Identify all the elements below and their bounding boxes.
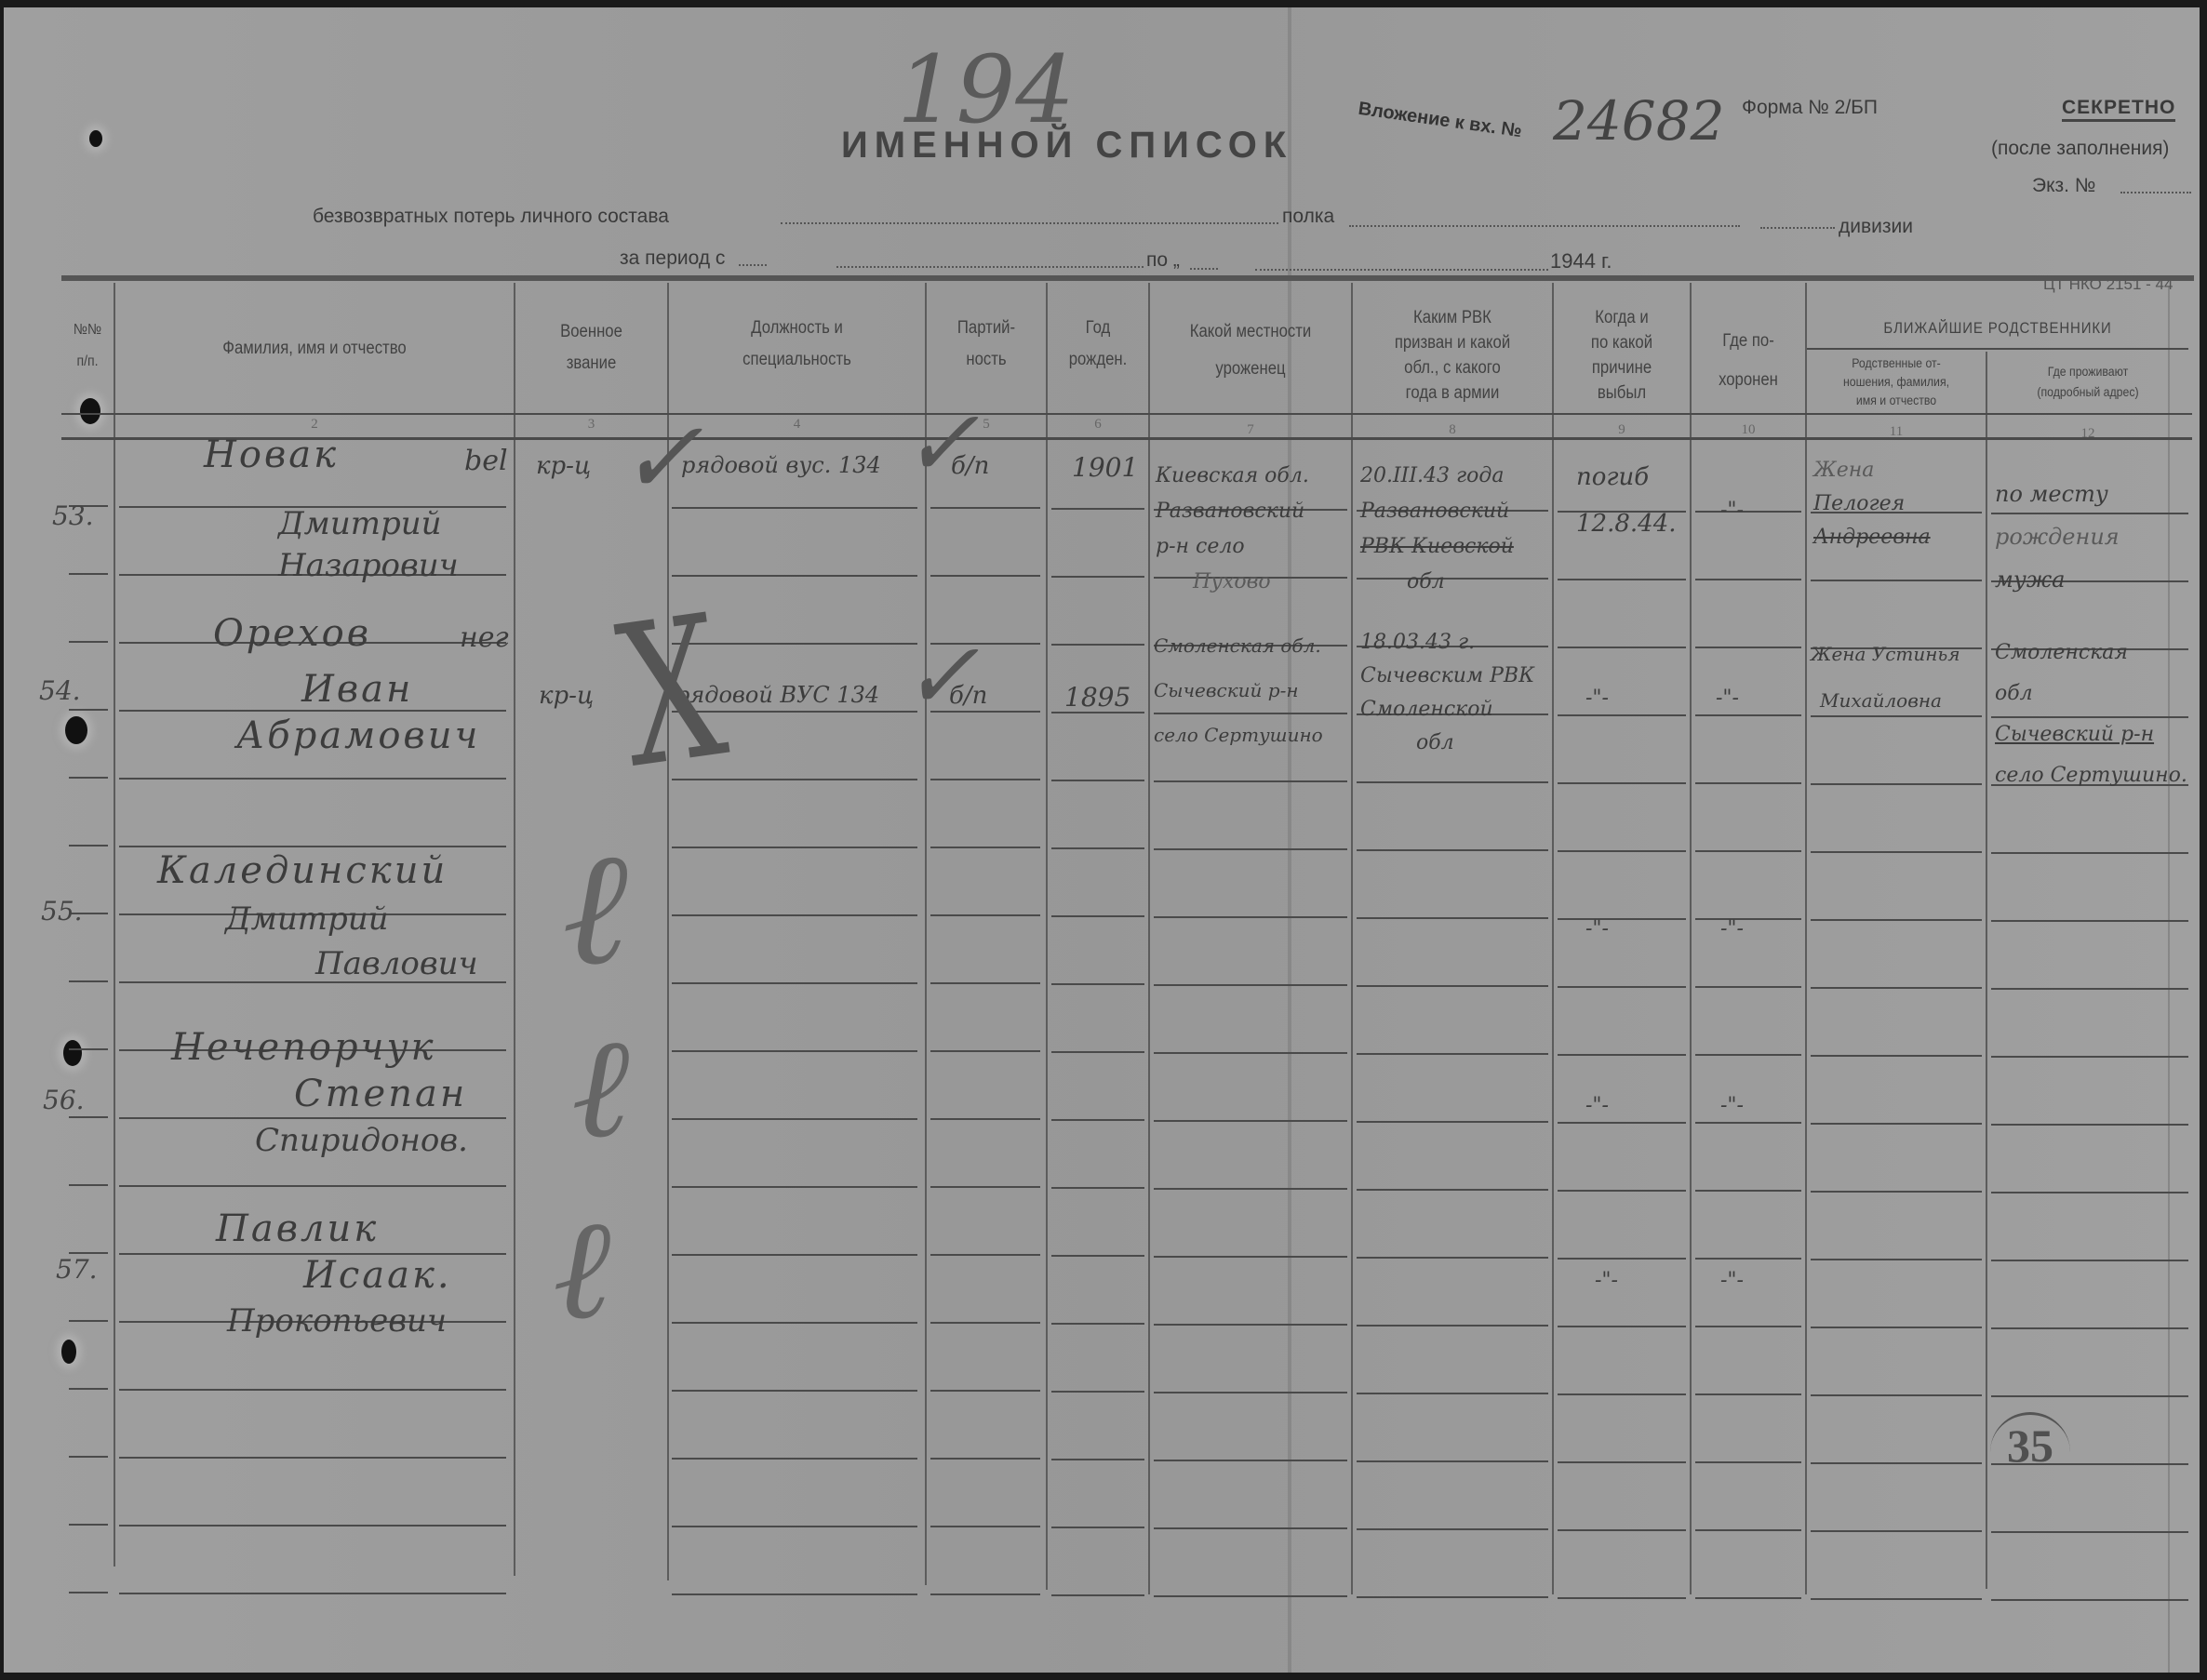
ruled-line — [69, 777, 108, 779]
ruled-line — [69, 980, 108, 982]
period-from-day[interactable] — [739, 264, 767, 266]
ruled-line — [1558, 918, 1686, 920]
check-mark-icon: ✓ — [902, 389, 980, 498]
cell-relative: ЖенаПелогеяАндреевна — [1813, 454, 1931, 554]
ruled-line — [119, 778, 506, 780]
division-label: дивизии — [1839, 216, 1913, 238]
ruled-line — [119, 846, 506, 847]
cell-address: СмоленскаяоблСычевский р-нсело Сертушино… — [1995, 633, 2187, 796]
cell-when-why: -"- — [1595, 1269, 1618, 1292]
ruled-line — [69, 1320, 108, 1322]
header-col-12: Где проживают(подробный адрес) — [2000, 361, 2176, 402]
ruled-line — [1357, 917, 1548, 919]
ruled-line — [1991, 1192, 2188, 1193]
cell-rvk: 18.03.43 г.Сычевским РВКСмоленскойобл — [1360, 626, 1534, 760]
header-col-4: Должность испециальность — [685, 313, 910, 376]
ruled-line — [1558, 1597, 1686, 1599]
period-to-label: по „ — [1146, 249, 1180, 272]
paper-fold — [1288, 7, 1291, 1673]
ruled-line — [1558, 714, 1686, 716]
ruled-line — [1154, 1052, 1347, 1054]
cell-patronymic: Прокопьевич — [227, 1302, 447, 1340]
col-number: 7 — [1150, 422, 1351, 438]
ruled-line — [672, 1254, 917, 1256]
check-mark-icon: ✓ — [618, 398, 703, 517]
col-divider — [1805, 283, 1807, 1594]
ruled-line — [1811, 1598, 1982, 1600]
ruled-line — [1558, 986, 1686, 988]
ruled-line — [672, 1458, 917, 1460]
ruled-line — [1558, 1529, 1686, 1531]
ruled-line — [1811, 919, 1982, 921]
row-number: 55. — [41, 896, 83, 927]
cell-when-why: -"- — [1585, 687, 1609, 710]
ruled-line — [1811, 1530, 1982, 1532]
cell-patronymic: Назарович — [278, 547, 459, 584]
header-col-3: Военноезвание — [525, 316, 658, 380]
ruled-line — [1991, 988, 2188, 990]
cell-patronymic: Спиридонов. — [255, 1122, 468, 1159]
ruled-line — [1558, 782, 1686, 784]
ruled-line — [672, 982, 917, 984]
ruled-line — [672, 507, 917, 509]
ruled-line — [672, 1526, 917, 1527]
ruled-line — [930, 575, 1040, 577]
cell-when-why: -"- — [1585, 1094, 1609, 1117]
ruled-line — [1357, 1596, 1548, 1598]
cell-first-name: Дмитрий — [278, 505, 442, 542]
col-number: 8 — [1353, 422, 1552, 438]
punch-hole — [61, 1340, 76, 1364]
regiment-field[interactable] — [1349, 225, 1740, 227]
loop-mark-icon: ℓ — [553, 1189, 610, 1351]
division-field[interactable] — [1760, 227, 1835, 229]
ruled-line — [1051, 1119, 1144, 1121]
ruled-line — [1154, 916, 1347, 918]
ruled-line — [1357, 1325, 1548, 1327]
col-number: 10 — [1692, 422, 1805, 438]
ruled-line — [69, 1456, 108, 1458]
ruled-line — [1811, 1259, 1982, 1260]
col-divider — [1046, 283, 1048, 1590]
ruled-line — [672, 1593, 917, 1595]
cell-rank: кр-ц — [539, 682, 594, 710]
ruled-line — [1051, 1187, 1144, 1189]
cell-patronymic: Павлович — [315, 945, 478, 982]
ruled-line — [69, 709, 108, 711]
ruled-line — [119, 1389, 506, 1391]
ruled-line — [930, 1458, 1040, 1460]
punch-hole — [63, 1040, 82, 1066]
cell-buried: -"- — [1720, 1269, 1744, 1292]
ruled-line — [1558, 1461, 1686, 1463]
col-number: 4 — [669, 417, 925, 433]
header-col-7: Какой местностиуроженец — [1162, 316, 1339, 385]
ruled-line — [1695, 579, 1801, 580]
ruled-line — [1154, 780, 1347, 782]
ruled-line — [1695, 1326, 1801, 1327]
ruled-line — [119, 1117, 506, 1119]
period-to-day[interactable] — [1190, 268, 1218, 270]
ruled-line — [1357, 1053, 1548, 1055]
stamp-incoming-number: 24682 — [1553, 89, 1725, 153]
ruled-line — [1051, 1459, 1144, 1460]
ruled-line — [1154, 848, 1347, 850]
ruled-line — [1051, 1391, 1144, 1393]
ruled-line — [1357, 1189, 1548, 1191]
ruled-line — [1558, 647, 1686, 648]
ruled-line — [1051, 983, 1144, 985]
regiment-label: полка — [1282, 206, 1334, 228]
check-mark-icon: ✓ — [902, 621, 980, 730]
row-number: 54. — [39, 675, 81, 706]
ruled-line — [69, 1184, 108, 1186]
ruled-line — [119, 1525, 506, 1527]
cell-buried: -"- — [1720, 1094, 1744, 1117]
ruled-line — [69, 1048, 108, 1050]
cell-surname: Калединский — [157, 849, 448, 892]
cell-position: рядовой вус. 134 — [681, 452, 881, 478]
ruled-line — [1154, 1392, 1347, 1393]
ruled-line — [1357, 1121, 1548, 1123]
ruled-line — [1051, 1594, 1144, 1596]
ruled-line — [1154, 1324, 1347, 1326]
ruled-line — [930, 1593, 1040, 1595]
ruled-line — [119, 1457, 506, 1459]
ruled-line — [69, 1524, 108, 1526]
ruled-line — [930, 1526, 1040, 1527]
ruled-line — [930, 914, 1040, 916]
col-divider — [1148, 283, 1150, 1594]
ruled-line — [672, 847, 917, 848]
copy-number-label: Экз. № — [2032, 175, 2095, 197]
ruled-line — [69, 1116, 108, 1118]
ruled-line — [1051, 508, 1144, 510]
header-col-1: №№п/п. — [63, 314, 113, 378]
ruled-line — [1811, 851, 1982, 853]
loop-mark-icon: ℓ — [562, 817, 628, 1001]
ruled-line — [1051, 1051, 1144, 1053]
ruled-line — [1154, 984, 1347, 986]
cell-rank: кр-ц — [536, 452, 591, 480]
ruled-line — [1357, 1460, 1548, 1462]
cell-when-why: погиб12.8.44. — [1576, 454, 1677, 547]
ruled-line — [930, 507, 1040, 509]
ruled-line — [1154, 1188, 1347, 1190]
ruled-line — [1695, 1258, 1801, 1260]
cell-surname: Нечепорчук — [171, 1026, 436, 1069]
col-divider — [514, 283, 515, 1576]
loop-mark-icon: ℓ — [571, 1007, 629, 1169]
ruled-line — [1695, 647, 1801, 648]
row-number: 53. — [52, 500, 94, 531]
cell-margin-mark: нег — [460, 621, 509, 654]
col-number: 2 — [115, 417, 514, 433]
table-top-border — [61, 275, 2194, 281]
ruled-line — [930, 1322, 1040, 1324]
year-label: 1944 г. — [1550, 249, 1612, 273]
ruled-line — [1991, 920, 2188, 922]
cell-first-name: Степан — [294, 1073, 467, 1115]
ruled-line — [672, 1118, 917, 1120]
header-col-11: Родственные от-ношения, фамилия,имя и от… — [1818, 353, 1975, 409]
ruled-line — [1695, 511, 1801, 513]
ruled-line — [1811, 987, 1982, 989]
ruled-line — [672, 575, 917, 577]
ruled-line — [1154, 1595, 1347, 1597]
ruled-line — [930, 847, 1040, 848]
ruled-line — [1811, 1123, 1982, 1125]
relatives-group-divider — [1807, 348, 2188, 350]
cell-surname: Орехов — [213, 612, 371, 655]
unit-field[interactable] — [781, 222, 1278, 224]
ruled-line — [1695, 782, 1801, 784]
cell-relative: Жена УстиньяМихайловна — [1811, 631, 1960, 724]
ruled-line — [1051, 644, 1144, 646]
ruled-line — [69, 1388, 108, 1390]
punch-hole — [65, 716, 87, 744]
header-col-5: Партий-ность — [934, 313, 1039, 376]
secrecy-note: (после заполнения) — [1991, 138, 2169, 160]
page-title: ИМЕННОЙ СПИСОК — [841, 125, 1292, 167]
ruled-line — [1991, 1531, 2188, 1533]
ruled-line — [1357, 985, 1548, 987]
secrecy-label: СЕКРЕТНО — [2062, 97, 2175, 122]
header-relatives-group: БЛИЖАЙШИЕ РОДСТВЕННИКИ — [1830, 313, 2166, 344]
ruled-line — [1357, 1257, 1548, 1259]
ruled-line — [930, 1186, 1040, 1188]
header-col-8: Каким РВКпризван и какойобл., с какогого… — [1365, 305, 1540, 406]
ruled-line — [1695, 1122, 1801, 1124]
ruled-line — [1811, 1327, 1982, 1328]
ruled-line — [1154, 1120, 1347, 1122]
cell-buried: -"- — [1720, 917, 1744, 940]
ruled-line — [1811, 1055, 1982, 1057]
cell-buried: -"- — [1720, 499, 1744, 522]
ruled-line — [930, 982, 1040, 984]
cell-birthplace: Смоленская обл.Сычевский р-нсело Сертуши… — [1154, 623, 1323, 757]
ruled-line — [930, 1118, 1040, 1120]
ruled-line — [1811, 1462, 1982, 1464]
ruled-line — [1051, 1527, 1144, 1528]
ruled-line — [1695, 1054, 1801, 1056]
col-divider — [1690, 283, 1692, 1594]
ruled-line — [1991, 1395, 2188, 1397]
ruled-line — [1695, 850, 1801, 852]
ruled-line — [1051, 780, 1144, 781]
ruled-line — [672, 1390, 917, 1392]
period-from-month[interactable] — [836, 266, 1144, 268]
row-number: 56. — [43, 1085, 85, 1115]
header-col-6: Годрожден. — [1053, 313, 1142, 376]
col-divider — [1986, 352, 1987, 1589]
cell-birthplace: Киевская обл.Развановскийр-н селоПухово — [1156, 459, 1309, 600]
ruled-line — [1991, 852, 2188, 854]
cell-birth-year: 1895 — [1064, 682, 1130, 713]
ruled-line — [69, 641, 108, 643]
col-divider — [114, 283, 115, 1567]
row-number: 57. — [56, 1254, 98, 1285]
ruled-line — [1695, 714, 1801, 716]
document-sheet: 194 ИМЕННОЙ СПИСОК Вложение к вх. № 2468… — [4, 7, 2200, 1673]
period-to-month[interactable] — [1255, 269, 1548, 271]
ruled-line — [1991, 1327, 2188, 1329]
header-bottom-rule — [61, 413, 2192, 415]
ruled-line — [672, 1050, 917, 1052]
cross-mark-icon: X — [608, 574, 738, 812]
ruled-line — [1811, 783, 1982, 785]
ruled-line — [1357, 1528, 1548, 1530]
ruled-line — [1695, 986, 1801, 988]
cell-birth-year: 1901 — [1072, 452, 1138, 483]
ruled-line — [1357, 849, 1548, 851]
subtitle-losses: безвозвратных потерь личного состава — [313, 206, 669, 228]
ruled-line — [930, 1050, 1040, 1052]
ruled-line — [1558, 1122, 1686, 1124]
cell-address: по местурождениямужа — [1995, 473, 2120, 601]
cell-surname: Новак — [204, 433, 339, 476]
ruled-line — [1695, 1597, 1801, 1599]
cell-buried: -"- — [1716, 687, 1739, 710]
ruled-line — [119, 1593, 506, 1594]
header-col-9: Когда ипо какойпричиневыбыл — [1562, 305, 1681, 406]
ruled-line — [1991, 1260, 2188, 1261]
ruled-line — [1695, 1393, 1801, 1395]
cell-when-why: -"- — [1585, 917, 1609, 940]
ruled-line — [1558, 579, 1686, 580]
ruled-line — [1051, 915, 1144, 917]
ruled-line — [69, 1592, 108, 1593]
bottom-stamp: 35 — [1990, 1412, 2070, 1476]
col-divider — [1552, 283, 1554, 1594]
ruled-line — [1051, 847, 1144, 849]
header-col-2: Фамилия, имя и отчество — [140, 333, 490, 365]
ruled-line — [1695, 1461, 1801, 1463]
ruled-line — [1558, 1326, 1686, 1327]
ruled-line — [1558, 1258, 1686, 1260]
ruled-line — [69, 845, 108, 847]
ruled-line — [672, 1322, 917, 1324]
ruled-line — [1991, 1599, 2188, 1601]
ruled-line — [1558, 1393, 1686, 1395]
colnum-bottom-rule — [61, 437, 2192, 440]
punch-hole — [89, 130, 102, 147]
period-label: за период с — [620, 247, 725, 270]
header-col-10: Где по-хоронен — [1698, 322, 1798, 400]
ruled-line — [69, 573, 108, 575]
ruled-line — [672, 914, 917, 916]
ruled-line — [1051, 1323, 1144, 1325]
ruled-line — [1695, 1190, 1801, 1192]
copy-number-field[interactable] — [2120, 192, 2191, 193]
col-number: 6 — [1048, 417, 1148, 433]
ruled-line — [930, 779, 1040, 780]
cell-margin-mark: bel — [464, 445, 508, 477]
ruled-line — [1558, 850, 1686, 852]
stamp-incoming: Вложение к вх. № — [1357, 99, 1523, 142]
ruled-line — [1051, 576, 1144, 578]
ruled-line — [1558, 1054, 1686, 1056]
ruled-line — [1991, 1124, 2188, 1126]
cell-first-name: Иван — [301, 668, 413, 711]
ruled-line — [672, 1186, 917, 1188]
cell-first-name: Дмитрий — [225, 900, 389, 938]
form-number: Форма № 2/БП — [1742, 97, 1878, 119]
cell-rvk: 20.III.43 годаРазвановскийРВК Киевскойоб… — [1360, 459, 1514, 600]
cell-surname: Павлик — [216, 1207, 379, 1250]
ruled-line — [1051, 1255, 1144, 1257]
ruled-line — [1991, 1056, 2188, 1058]
col-number: 9 — [1554, 422, 1690, 438]
col-divider — [1351, 283, 1353, 1594]
ruled-line — [930, 1390, 1040, 1392]
ruled-line — [1558, 1190, 1686, 1192]
ruled-line — [930, 1254, 1040, 1256]
ruled-line — [1695, 1529, 1801, 1531]
punch-hole — [80, 398, 100, 424]
ruled-line — [1811, 1191, 1982, 1193]
ruled-line — [119, 1185, 506, 1187]
ruled-line — [1154, 1256, 1347, 1258]
ruled-line — [1811, 1394, 1982, 1396]
ruled-line — [1811, 580, 1982, 581]
ruled-line — [1357, 781, 1548, 783]
ruled-line — [1154, 1527, 1347, 1529]
cell-first-name: Исаак. — [303, 1254, 452, 1297]
ruled-line — [1695, 918, 1801, 920]
ruled-line — [1357, 1393, 1548, 1394]
cell-patronymic: Абрамович — [236, 714, 480, 757]
ruled-line — [1154, 1460, 1347, 1461]
